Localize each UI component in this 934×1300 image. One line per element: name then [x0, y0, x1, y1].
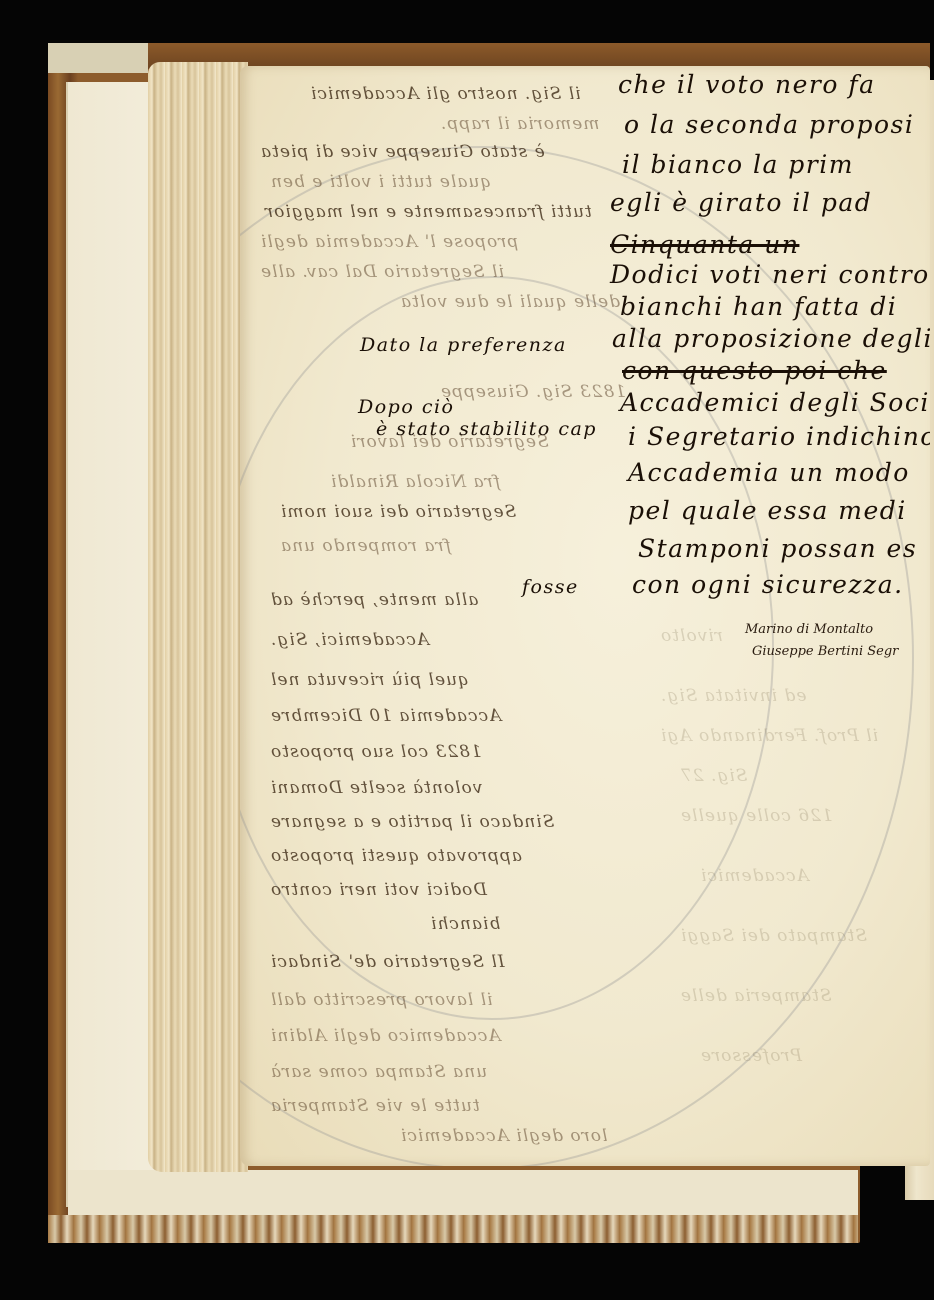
bleed-line: è stato Giuseppe vice di pieta: [260, 142, 545, 162]
book-cover-bottom-edge: [48, 1215, 858, 1243]
manuscript-line: bianchi han fatta di: [620, 292, 897, 321]
marginal-note: fosse: [522, 576, 579, 598]
marginal-note: Dopo ciò: [358, 396, 454, 418]
bleed-line: Dodici voti neri contro: [270, 880, 487, 900]
struck-line: con questo poi che: [622, 356, 887, 385]
bleed-line: Stamperia delle: [680, 986, 832, 1006]
bleed-line: delle quali le due volta: [400, 292, 620, 312]
bleed-line: quel più ricevuta nel: [270, 670, 469, 690]
bleed-line: tutte le vie Stamperia: [270, 1096, 480, 1116]
bleed-line: una Stampa come sarà: [270, 1062, 487, 1082]
bleed-line: Professore: [700, 1046, 802, 1066]
bleed-line: ed invitata Sig.: [660, 686, 806, 706]
manuscript-line: egli è girato il pad: [610, 188, 872, 217]
marginal-note: è stato stabilito cap: [376, 418, 597, 440]
manuscript-line: il bianco la prim: [622, 150, 854, 179]
book-cover-corner: [48, 43, 148, 73]
manuscript-line: Stamponi possan es: [638, 534, 917, 563]
bleed-line: approvato questi proposto: [270, 846, 522, 866]
manuscript-line: Dodici voti neri contro: [610, 260, 930, 289]
manuscript-line: Accademia un modo: [628, 458, 910, 487]
manuscript-page: il Sig. nostro gli Accademici memoria il…: [240, 66, 930, 1166]
manuscript-line: pel quale essa medi: [628, 496, 907, 525]
bleed-line: Sindaco il partito e a segnare: [270, 812, 554, 832]
struck-line: Cinquanta un: [610, 230, 799, 259]
signature: Giuseppe Bertini Segr: [752, 644, 898, 659]
bleed-line: Accademico degli Aldini: [270, 1026, 501, 1046]
manuscript-line: i Segretario indichino: [628, 422, 930, 451]
bleed-line: volontà scelte Domani: [270, 778, 482, 798]
bleed-line: Stampato dei Saggi: [680, 926, 867, 946]
bleed-line: 1823 Sig. Giuseppe: [440, 382, 626, 402]
bleed-line: Il Segretario de' Sindaci: [270, 952, 505, 972]
bleed-line: fra Nicola Rinaldi: [330, 472, 500, 492]
marginal-note: Dato la preferenza: [360, 334, 567, 356]
manuscript-line: con ogni sicurezza.: [632, 570, 904, 599]
manuscript-line: che il voto nero fa: [618, 70, 876, 99]
bleed-line: Segretario dei suoi nomi: [280, 502, 516, 522]
bleed-line: il Prof. Ferdinando Agi: [660, 726, 878, 746]
bleed-line: rivolto: [660, 626, 723, 646]
bleed-line: quale tutti i volti e ben: [270, 172, 491, 192]
bleed-line: bianchi: [430, 914, 500, 934]
manuscript-line: Accademici degli Soci: [620, 388, 930, 417]
bleed-line: il Sig. nostro gli Accademici: [310, 84, 581, 104]
bleed-line: fra rompendo una: [280, 536, 451, 556]
bleed-line: 1823 col suo proposto: [270, 742, 482, 762]
manuscript-line: alla proposizione degli p: [612, 324, 930, 353]
bleed-line: 126 colle quelle: [680, 806, 833, 826]
bleed-line: propose l' Accademia degli: [260, 232, 518, 252]
manuscript-line: o la seconda proposi: [624, 110, 914, 139]
endpaper-bottom: [68, 1170, 858, 1219]
page-stack-edges: [148, 62, 248, 1172]
bleed-line: il lavoro prescritto dall: [270, 990, 493, 1010]
bleed-line: Accademia 10 Dicembre: [270, 706, 501, 726]
bleed-line: loro degli Accademici: [400, 1126, 607, 1146]
bleed-line: Sig. 27: [680, 766, 747, 786]
bleed-line: memoria il rapp.: [440, 114, 599, 134]
bleed-line: tutti francesamente e nel maggior: [264, 202, 592, 222]
bleed-line: alla mente, perchè ad: [270, 590, 478, 610]
bleed-line: Accademici: [700, 866, 809, 886]
bleed-line: il Segretario Dal cav. alle: [260, 262, 504, 282]
signature: Marino di Montalto: [745, 622, 873, 637]
bleed-line: Accademici, Sig.: [270, 630, 429, 650]
